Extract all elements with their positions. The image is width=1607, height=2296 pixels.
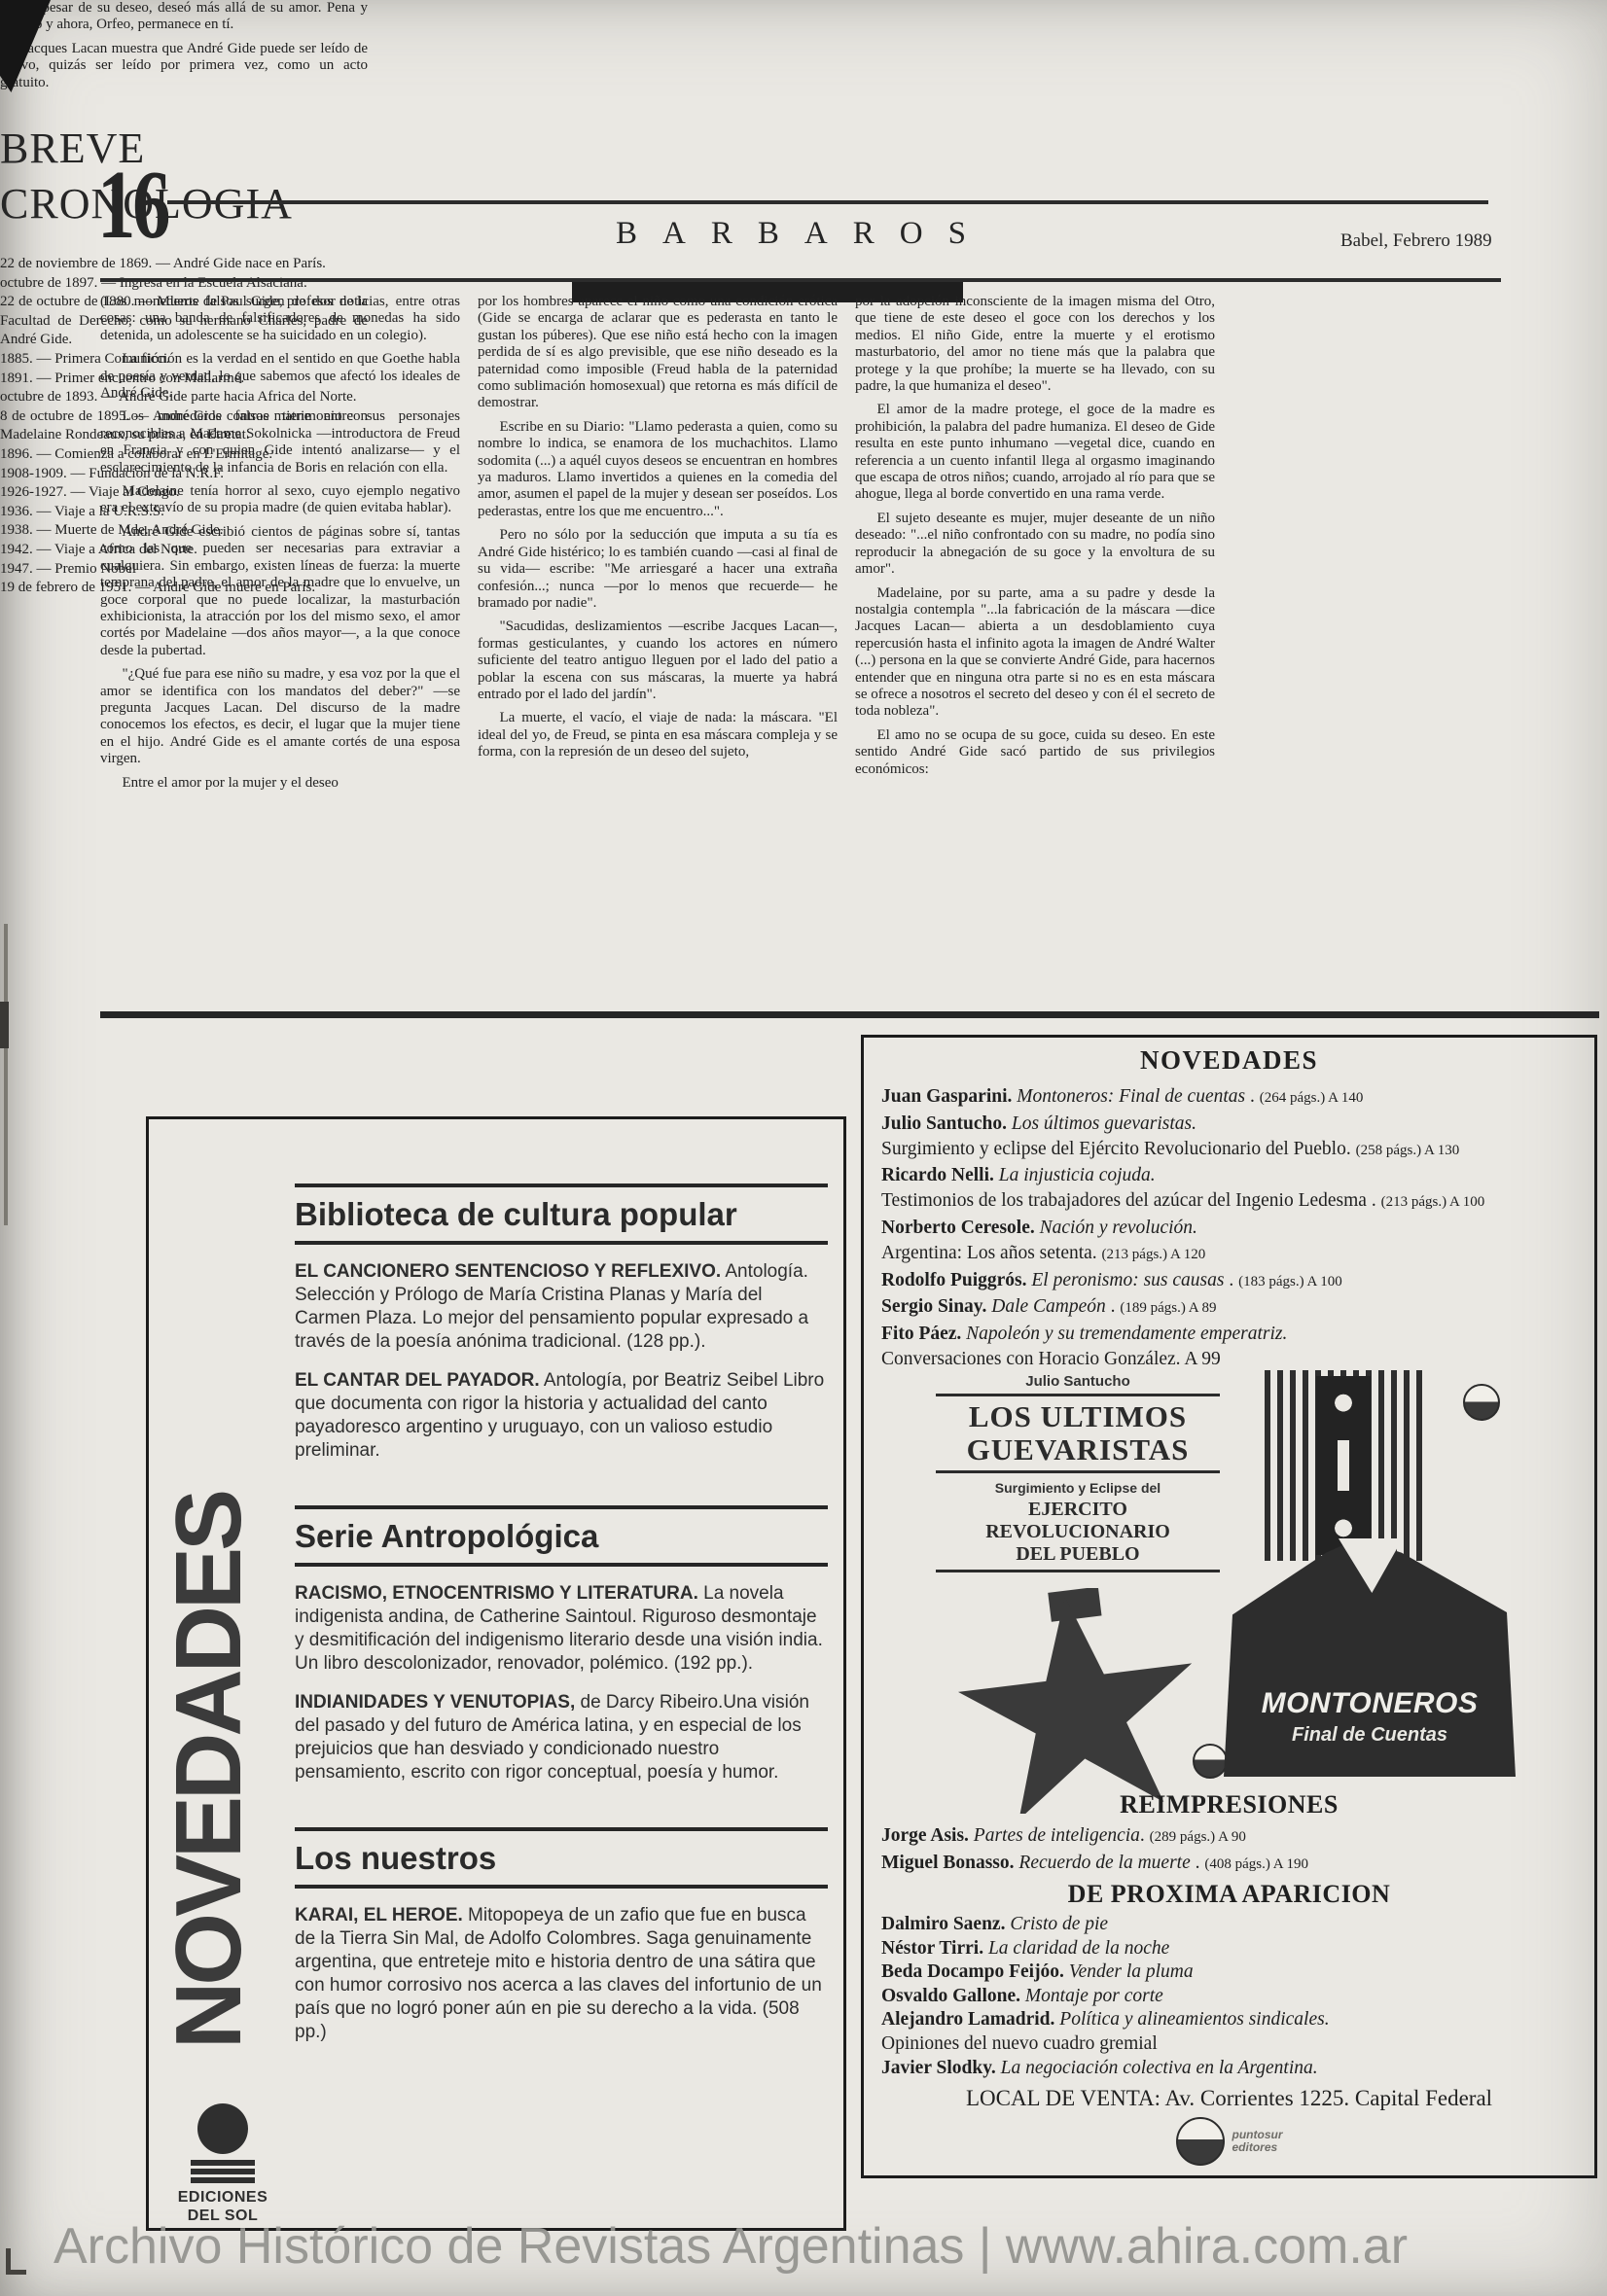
puntosur-mini-logo-icon bbox=[1463, 1384, 1500, 1421]
article-paragraph: Madelaine, por su parte, ama a su padre … bbox=[855, 585, 1215, 721]
article-paragraph: Entre el amor por la mujer y el deseo bbox=[100, 775, 460, 792]
razor-blade-icon bbox=[1316, 1376, 1371, 1555]
article-paragraph: Pero no sólo por la seducción que imputa… bbox=[478, 527, 838, 612]
issue-date: Babel, Febrero 1989 bbox=[1340, 230, 1492, 252]
reimpresiones-heading: REIMPRESIONES bbox=[864, 1790, 1594, 1819]
cover-rule bbox=[936, 1570, 1220, 1572]
ad-item: KARAI, EL HEROE. Mitopopeya de un zafio … bbox=[295, 1904, 828, 2044]
article-paragraph: El amor de la madre protege, el goce de … bbox=[855, 402, 1215, 503]
puntosur-mini-logo-icon bbox=[1193, 1744, 1228, 1779]
ediciones-del-sol-ad-box: NOVEDADES EDICIONES DEL SOL Biblioteca d… bbox=[146, 1116, 846, 2231]
article-paragraph: Madelaine tenía horror al sexo, cuyo eje… bbox=[100, 483, 460, 517]
article-paragraph: La ficción es la verdad en el sentido en… bbox=[100, 351, 460, 402]
article-paragraph: El sujeto deseante es mujer, mujer desea… bbox=[855, 511, 1215, 579]
left-ad-content: Biblioteca de cultura popular EL CANCION… bbox=[295, 1183, 828, 2087]
logo-bar bbox=[191, 2169, 255, 2174]
reimpresiones-list: Jorge Asis. Partes de inteligencia. (289… bbox=[881, 1823, 1586, 1878]
ad-section-antropologica: Serie Antropológica RACISMO, ETNOCENTRIS… bbox=[295, 1505, 828, 1784]
magazine-page: 16 BARBAROS Babel, Febrero 1989 (Los mon… bbox=[0, 0, 1607, 2296]
article-paragraph: (Los monederos falsos surgen de dos noti… bbox=[100, 294, 460, 344]
publisher-name: EDICIONES DEL SOL bbox=[172, 2188, 273, 2225]
book-entry: Javier Slodky. La negociación colectiva … bbox=[881, 2057, 1586, 2081]
chronology-entry: octubre de 1897. — Ingresa en la Escuela… bbox=[0, 274, 368, 294]
guevaristas-cover: Julio Santucho LOS ULTIMOS GUEVARISTAS S… bbox=[922, 1373, 1233, 1814]
book-entry: Testimonios de los trabajadores del azúc… bbox=[881, 1188, 1586, 1216]
book-entry: Opiniones del nuevo cuadro gremial bbox=[881, 2032, 1586, 2057]
proxima-aparicion-heading: DE PROXIMA APARICION bbox=[864, 1880, 1594, 1909]
book-entry: Néstor Tirri. La claridad de la noche bbox=[881, 1937, 1586, 1961]
article-paragraph: André Gide escribió cientos de páginas s… bbox=[100, 524, 460, 659]
cover-rule bbox=[936, 1470, 1220, 1473]
article-paragraph: por la adopción inconsciente de la image… bbox=[855, 294, 1215, 395]
scan-edge-artifact bbox=[4, 924, 8, 1225]
puntosur-logo: puntosur editores bbox=[1176, 2117, 1283, 2166]
ad-item: EL CANCIONERO SENTENCIOSO Y REFLEXIVO. A… bbox=[295, 1260, 828, 1354]
book-entry: Alejandro Lamadrid. Política y alineamie… bbox=[881, 2008, 1586, 2032]
ad-section-heading: Serie Antropológica bbox=[295, 1505, 828, 1567]
puntosur-ad-box: NOVEDADES Juan Gasparini. Montoneros: Fi… bbox=[861, 1035, 1597, 2178]
article-paragraph: Los monederos falsos tiene entre sus per… bbox=[100, 408, 460, 477]
book-entry: Ricardo Nelli. La injusticia cojuda. bbox=[881, 1163, 1586, 1188]
local-de-venta: LOCAL DE VENTA: Av. Corrientes 1225. Cap… bbox=[864, 2086, 1594, 2111]
article-column-3: por la adopción inconsciente de la image… bbox=[855, 294, 1215, 1018]
book-entry: Surgimiento y eclipse del Ejército Revol… bbox=[881, 1137, 1586, 1164]
striped-head bbox=[1265, 1370, 1422, 1561]
ad-section-los-nuestros: Los nuestros KARAI, EL HEROE. Mitopopeya… bbox=[295, 1827, 828, 2044]
ediciones-del-sol-logo: EDICIONES DEL SOL bbox=[172, 2103, 273, 2225]
ad-item: RACISMO, ETNOCENTRISMO Y LITERATURA. La … bbox=[295, 1582, 828, 1676]
header-rule-top bbox=[167, 200, 1488, 204]
book-entry: Rodolfo Puiggrós. El peronismo: sus caus… bbox=[881, 1268, 1586, 1295]
book-entry: Argentina: Los años setenta. (213 págs.)… bbox=[881, 1241, 1586, 1268]
article-paragraph: Escribe en su Diario: "Llamo pederasta a… bbox=[478, 419, 838, 520]
article-paragraph: por los hombres aparece el niño como una… bbox=[478, 294, 838, 412]
book-entry: Julio Santucho. Los últimos guevaristas. bbox=[881, 1112, 1586, 1137]
sun-icon bbox=[197, 2103, 248, 2154]
article-paragraph: El amo no se ocupa de su goce, cuida su … bbox=[855, 727, 1215, 778]
book-entry: Sergio Sinay. Dale Campeón . (189 págs.)… bbox=[881, 1294, 1586, 1322]
book-entry: Fito Páez. Napoleón y su tremendamente e… bbox=[881, 1322, 1586, 1347]
article-paragraph: Jacques Lacan muestra que André Gide pue… bbox=[0, 41, 368, 91]
article-paragraph: "Sacudidas, deslizamientos —escribe Jacq… bbox=[478, 618, 838, 703]
chronology-entry: 22 de noviembre de 1869. — André Gide na… bbox=[0, 255, 368, 274]
article-column-2: por los hombres aparece el niño como una… bbox=[478, 294, 838, 1018]
book-entry: Norberto Ceresole. Nación y revolución. bbox=[881, 1216, 1586, 1241]
logo-bar bbox=[191, 2160, 255, 2166]
scan-edge-artifact bbox=[0, 1002, 9, 1048]
novedades-list: Juan Gasparini. Montoneros: Final de cue… bbox=[881, 1084, 1586, 1372]
section-divider-rule bbox=[100, 1011, 1599, 1018]
article-paragraph: amó a pesar de su deseo, deseó más allá … bbox=[0, 0, 368, 34]
chronology-heading: BREVE CRONOLOGIA bbox=[0, 121, 368, 231]
book-entry: Osvaldo Gallone. Montaje por corte bbox=[881, 1985, 1586, 2009]
logo-bar bbox=[191, 2177, 255, 2183]
article-paragraph: La muerte, el vacío, el viaje de nada: l… bbox=[478, 710, 838, 760]
article-column-1: (Los monederos falsos surgen de dos noti… bbox=[100, 294, 460, 1018]
book-entry: Jorge Asis. Partes de inteligencia. (289… bbox=[881, 1823, 1586, 1851]
scan-edge-artifact bbox=[6, 2248, 26, 2275]
vertical-novedades-label: NOVEDADES bbox=[162, 1183, 277, 2049]
ad-item: EL CANTAR DEL PAYADOR. Antología, por Be… bbox=[295, 1369, 828, 1463]
book-entry: Dalmiro Saenz. Cristo de pie bbox=[881, 1913, 1586, 1937]
puntosur-logo-icon bbox=[1176, 2117, 1225, 2166]
ad-section-heading: Biblioteca de cultura popular bbox=[295, 1183, 828, 1245]
book-entry: Juan Gasparini. Montoneros: Final de cue… bbox=[881, 1084, 1586, 1112]
montoneros-cover: MONTONEROS Final de Cuentas bbox=[1224, 1359, 1516, 1777]
book-entry: Beda Docampo Feijóo. Vender la pluma bbox=[881, 1960, 1586, 1985]
novedades-heading: NOVEDADES bbox=[864, 1045, 1594, 1076]
ad-section-biblioteca: Biblioteca de cultura popular EL CANCION… bbox=[295, 1183, 828, 1463]
proxima-aparicion-list: Dalmiro Saenz. Cristo de pieNéstor Tirri… bbox=[881, 1913, 1586, 2080]
ad-item: INDIANIDADES Y VENUTOPIAS, de Darcy Ribe… bbox=[295, 1691, 828, 1784]
article-paragraph: "¿Qué fue para ese niño su madre, y esa … bbox=[100, 666, 460, 767]
ad-section-heading: Los nuestros bbox=[295, 1827, 828, 1889]
star-icon bbox=[937, 1588, 1219, 1814]
cover-rule bbox=[936, 1394, 1220, 1396]
book-entry: Miguel Bonasso. Recuerdo de la muerte . … bbox=[881, 1851, 1586, 1878]
